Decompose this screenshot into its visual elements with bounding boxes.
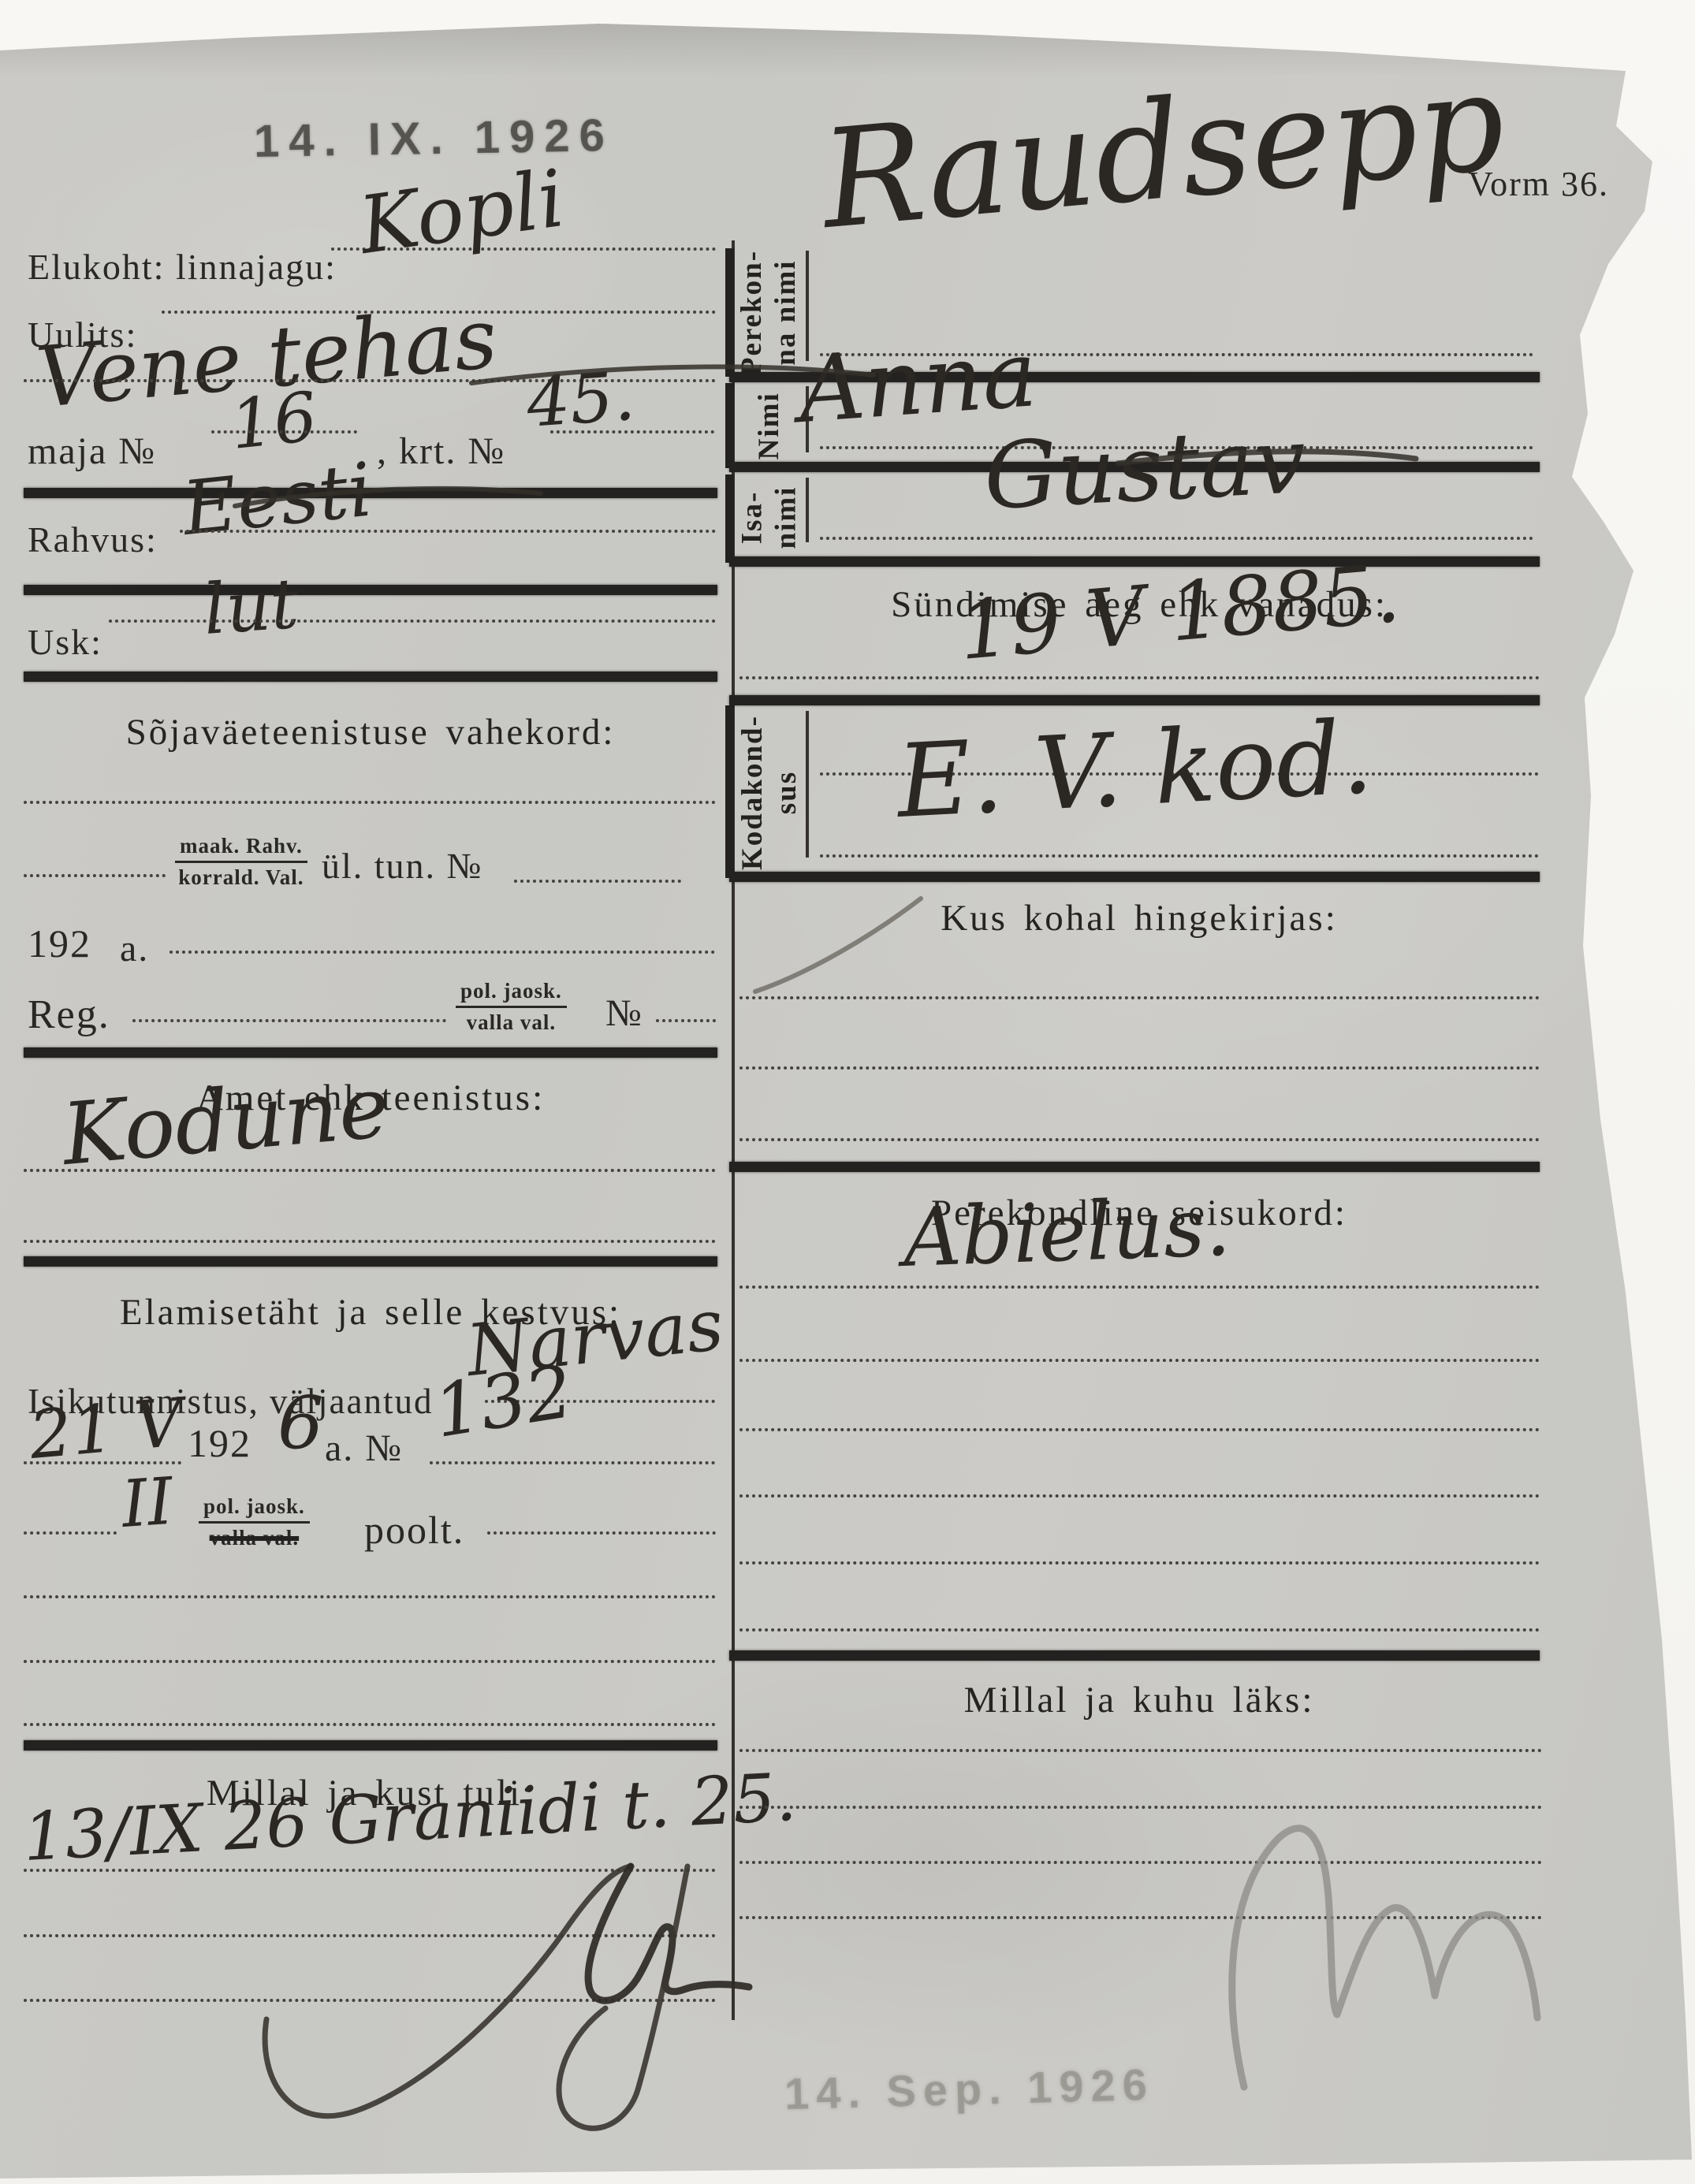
family-status-line-1 (739, 1285, 1540, 1289)
residence-blank-line-1 (24, 1595, 716, 1598)
nationality-value: Eesti (179, 447, 376, 553)
arrival-line-3 (24, 1999, 716, 2002)
residence-district-label: Elukoht: linnajagu: (28, 246, 337, 288)
religion-value: lut (201, 563, 301, 650)
issuer-fraction: pol. jaosk. valla val. (199, 1494, 310, 1550)
date-stamp-bottom: 14. Sep. 1926 (784, 2059, 1154, 2119)
register-fraction: pol. jaosk. valla val. (456, 979, 567, 1035)
father-label-line2: nimi (769, 486, 803, 549)
register-label: Reg. (28, 992, 110, 1038)
family-status-line-4 (739, 1494, 1540, 1498)
departure-heading: Millal ja kuhu läks: (741, 1679, 1537, 1721)
nationality-line (180, 530, 716, 533)
county-fraction-bottom: korrald. Val. (175, 863, 307, 890)
date-stamp-top: 14. IX. 1926 (253, 109, 614, 168)
citizenship-label-line2: sus (769, 716, 803, 871)
year-suffix: a. (120, 927, 149, 970)
identity-card-number: 132 (428, 1349, 578, 1454)
family-status-line-5 (739, 1561, 1540, 1565)
register-fraction-top: pol. jaosk. (456, 979, 567, 1008)
citizenship-label-line1: Kodakond- (736, 716, 769, 871)
house-number-line (211, 430, 357, 433)
departure-line-3 (739, 1861, 1542, 1864)
rule-below-religion (24, 672, 717, 682)
arrival-line-2 (24, 1934, 716, 1937)
father-name-line (820, 537, 1533, 540)
family-status-line-2 (739, 1359, 1540, 1362)
signature-ink-mark-flourish (265, 1866, 631, 2116)
issuer-line-left (24, 1531, 117, 1535)
family-status-line-6 (739, 1628, 1540, 1631)
county-number-line (514, 880, 681, 883)
rule-below-register (24, 1047, 717, 1058)
birth-date-line (739, 676, 1540, 679)
father-label-separator (806, 478, 809, 542)
pencil-scribble-mark (1232, 1829, 1537, 2087)
name-label-line1: Nimi (753, 392, 787, 459)
residence-blank-line-2 (24, 1660, 716, 1663)
citizenship-label-separator (806, 711, 809, 858)
parish-register-line-3 (739, 1138, 1540, 1141)
rule-below-father (729, 556, 1540, 567)
year-line (169, 951, 715, 954)
register-line-left (132, 1019, 446, 1022)
register-line-right (656, 1019, 716, 1022)
arrival-line-1 (24, 1869, 716, 1872)
rule-below-residence (24, 1740, 717, 1751)
rule-below-citizenship (729, 872, 1540, 882)
parish-register-line-1 (739, 996, 1540, 999)
nationality-label: Rahvus: (28, 519, 158, 560)
county-certificate-label: ül. tun. № (322, 845, 482, 887)
father-name-label: Isa- nimi (733, 476, 806, 560)
surname-label: Perekon- na nimi (733, 251, 806, 375)
identity-card-line-right (430, 1461, 715, 1464)
apartment-line (550, 430, 714, 433)
citizenship-line-2 (820, 854, 1539, 858)
paper-sheet: 14. IX. 1926 14. Sep. 1926 Vorm 36. Eluk… (0, 0, 1695, 2184)
house-number-value: 16 (227, 378, 321, 465)
apartment-label: , krt. № (377, 430, 505, 473)
identity-card-year-digit: 6 (278, 1381, 324, 1465)
religion-line (109, 619, 716, 623)
departure-line-1 (739, 1749, 1542, 1752)
father-label-line1: Isa- (736, 486, 769, 549)
issuer-fraction-top: pol. jaosk. (199, 1494, 310, 1524)
occupation-line-2 (24, 1240, 716, 1243)
precinct-value: II (119, 1464, 175, 1542)
county-fraction: maak. Rahv. korrald. Val. (175, 834, 307, 890)
rule-below-parish-register (729, 1162, 1540, 1172)
departure-line-2 (739, 1806, 1542, 1809)
register-no-symbol: № (605, 992, 643, 1035)
issuer-line-right (487, 1531, 716, 1535)
county-line-left (24, 874, 166, 877)
rule-below-birth (729, 695, 1540, 705)
family-status-line-3 (739, 1428, 1540, 1431)
identity-card-line-left (24, 1461, 181, 1464)
residence-district-value: Kopli (354, 152, 570, 272)
occupation-line-1 (24, 1169, 716, 1172)
rule-below-family-status (729, 1650, 1540, 1661)
parish-register-line-2 (739, 1066, 1540, 1070)
departure-line-4 (739, 1916, 1542, 1919)
name-label: Nimi (733, 386, 806, 465)
issuer-fraction-bottom: valla val. (199, 1524, 310, 1550)
citizenship-value: E. V. kod. (894, 699, 1375, 841)
citizenship-label: Kodakond- sus (733, 709, 806, 876)
county-fraction-top: maak. Rahv. (175, 834, 307, 863)
religion-label: Usk: (28, 621, 102, 663)
rule-below-occupation (24, 1256, 717, 1267)
issuer-by-label: poolt. (364, 1507, 464, 1553)
identity-card-year-suffix: a. № (325, 1427, 403, 1470)
father-name-value: Gustav (982, 407, 1309, 530)
surname-label-line1: Perekon- (736, 250, 769, 375)
identity-card-day: 21 V (26, 1383, 185, 1474)
military-service-line (24, 801, 716, 804)
family-status-value: Abielus. (902, 1181, 1232, 1285)
identity-card-year-prefix: 192 (188, 1420, 251, 1466)
parish-register-heading: Kus kohal hingekirjas: (741, 897, 1537, 939)
house-number-label: maja № (28, 430, 156, 473)
military-service-heading: Sõjaväeteenistuse vahekord: (24, 711, 717, 753)
signature-ink-mark-loop (559, 1866, 687, 2128)
rule-below-nationality (24, 585, 717, 595)
register-fraction-bottom: valla val. (456, 1008, 567, 1035)
residence-blank-line-3 (24, 1723, 716, 1726)
scanned-registration-card: 14. IX. 1926 14. Sep. 1926 Vorm 36. Eluk… (0, 0, 1695, 2184)
year-prefix: 192 (28, 921, 91, 966)
